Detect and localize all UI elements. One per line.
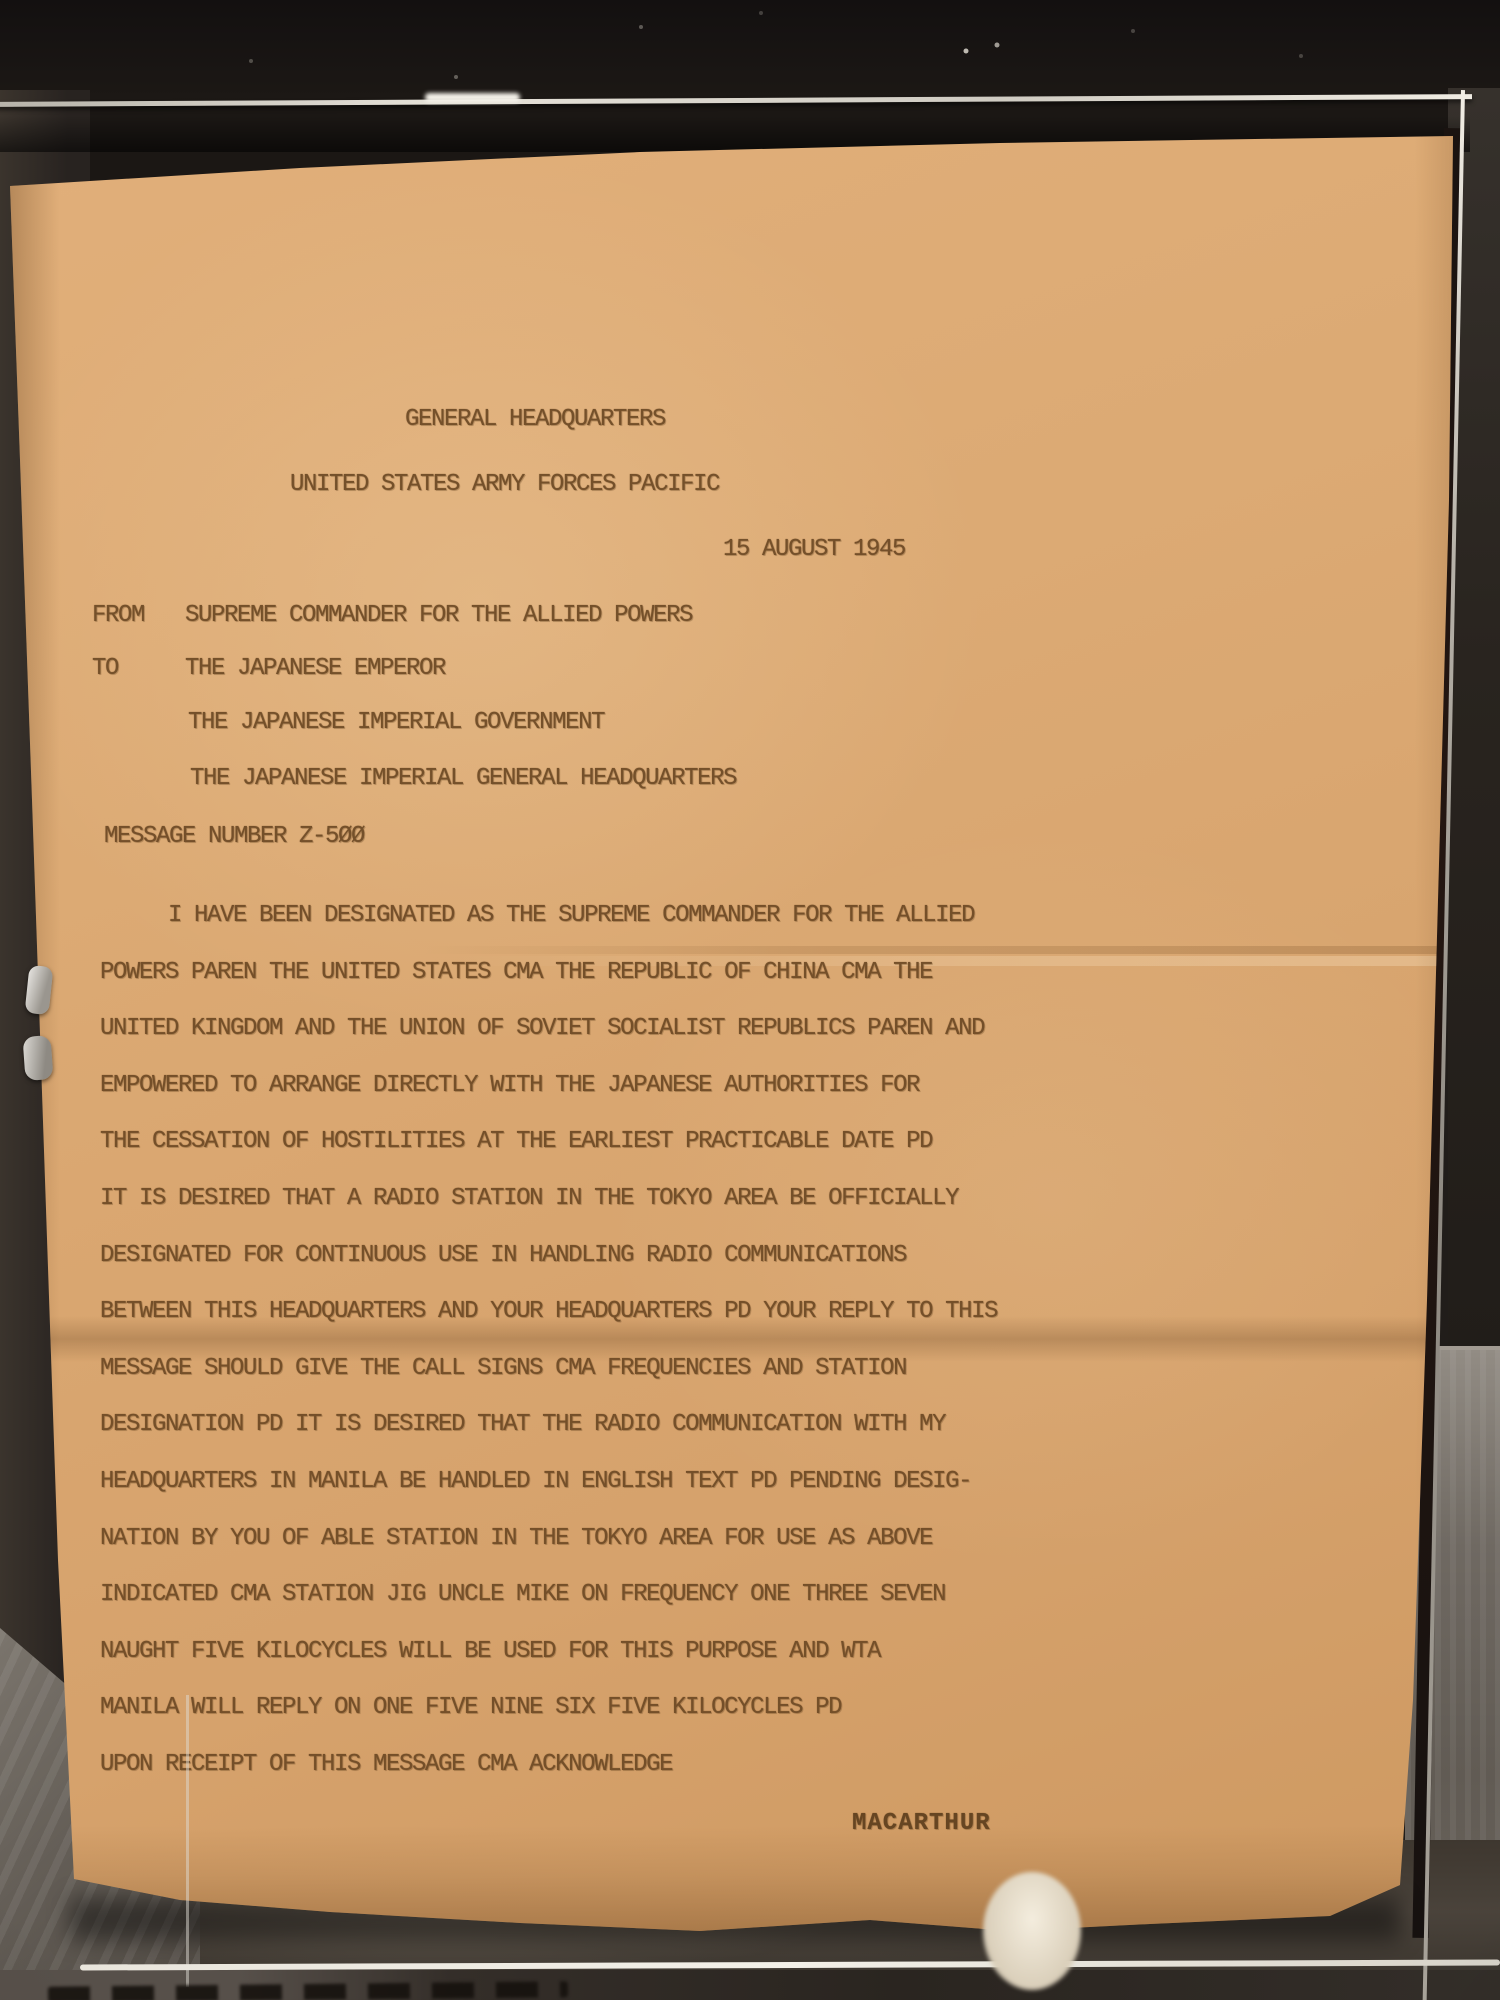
header-line-2: UNITED STATES ARMY FORCES PACIFIC xyxy=(290,471,719,498)
body-line: NATION BY YOU OF ABLE STATION IN THE TOK… xyxy=(100,1511,1350,1568)
museum-display-photo: GENERAL HEADQUARTERS UNITED STATES ARMY … xyxy=(0,0,1500,2000)
message-body: I HAVE BEEN DESIGNATED AS THE SUPREME CO… xyxy=(100,888,1350,1794)
body-line: UNITED KINGDOM AND THE UNION OF SOVIET S… xyxy=(100,1001,1350,1058)
date-line: 15 AUGUST 1945 xyxy=(723,536,905,563)
paper-clip-lower xyxy=(22,1035,53,1081)
body-line: INDICATED CMA STATION JIG UNCLE MIKE ON … xyxy=(100,1567,1350,1624)
reflection-blob xyxy=(983,1872,1081,1990)
to-recipient-1: THE JAPANESE EMPEROR xyxy=(185,655,445,682)
from-value: SUPREME COMMANDER FOR THE ALLIED POWERS xyxy=(185,602,692,629)
body-line: DESIGNATION PD IT IS DESIRED THAT THE RA… xyxy=(100,1397,1350,1454)
body-line: IT IS DESIRED THAT A RADIO STATION IN TH… xyxy=(100,1171,1350,1228)
signature-macarthur: MACARTHUR xyxy=(852,1810,991,1837)
body-line: NAUGHT FIVE KILOCYCLES WILL BE USED FOR … xyxy=(100,1624,1350,1681)
body-line: DESIGNATED FOR CONTINUOUS USE IN HANDLIN… xyxy=(100,1228,1350,1285)
body-line: THE CESSATION OF HOSTILITIES AT THE EARL… xyxy=(100,1114,1350,1171)
body-line: MESSAGE SHOULD GIVE THE CALL SIGNS CMA F… xyxy=(100,1341,1350,1398)
body-line: I HAVE BEEN DESIGNATED AS THE SUPREME CO… xyxy=(100,888,1350,945)
telegram-text: GENERAL HEADQUARTERS UNITED STATES ARMY … xyxy=(0,0,1500,2000)
body-line: BETWEEN THIS HEADQUARTERS AND YOUR HEADQ… xyxy=(100,1284,1350,1341)
to-recipient-2: THE JAPANESE IMPERIAL GOVERNMENT xyxy=(188,709,604,736)
body-line: EMPOWERED TO ARRANGE DIRECTLY WITH THE J… xyxy=(100,1058,1350,1115)
to-label: TO xyxy=(92,655,118,682)
glass-top-reflection xyxy=(425,93,520,102)
body-line: HEADQUARTERS IN MANILA BE HANDLED IN ENG… xyxy=(100,1454,1350,1511)
body-line: MANILA WILL REPLY ON ONE FIVE NINE SIX F… xyxy=(100,1680,1350,1737)
to-recipient-3: THE JAPANESE IMPERIAL GENERAL HEADQUARTE… xyxy=(190,765,736,792)
case-glass-lower-left-edge xyxy=(186,1695,189,1987)
message-number-line: MESSAGE NUMBER Z-5ØØ xyxy=(104,823,364,850)
from-label: FROM xyxy=(92,602,144,629)
header-line-1: GENERAL HEADQUARTERS xyxy=(405,406,665,433)
body-line: POWERS PAREN THE UNITED STATES CMA THE R… xyxy=(100,945,1350,1002)
body-line: UPON RECEIPT OF THIS MESSAGE CMA ACKNOWL… xyxy=(100,1737,1350,1794)
